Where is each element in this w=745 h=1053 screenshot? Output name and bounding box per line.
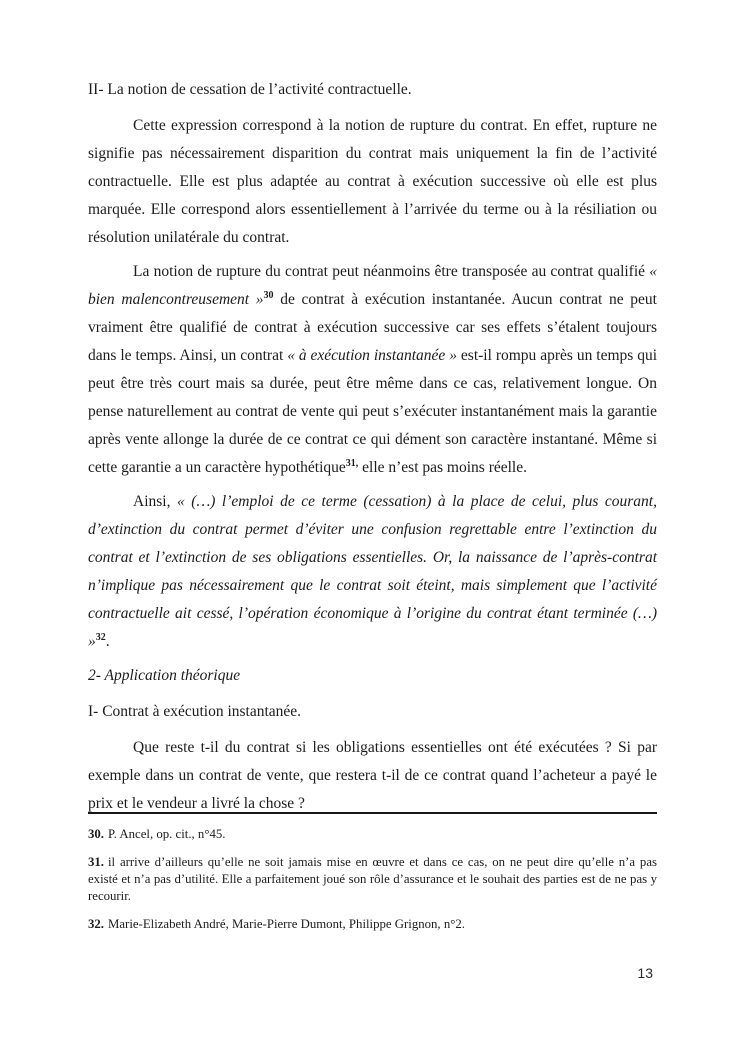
footnote-ref-30: 30 [264, 290, 274, 301]
text-run: Ainsi, [133, 493, 177, 510]
footnote-ref-32: 32 [96, 632, 106, 643]
footnote-30: 30.P. Ancel, op. cit., n°45. [88, 826, 657, 843]
text-run: La notion de rupture du contrat peut néa… [133, 263, 649, 280]
paragraph-3-quote: Ainsi, « (…) l’emploi de ce terme (cessa… [88, 488, 657, 656]
italic-run: « à exécution instantanée » [287, 347, 457, 364]
subsection-heading-2-application-theorique: 2- Application théorique [88, 662, 657, 690]
page-number: 13 [637, 965, 653, 981]
footnote-30-text: P. Ancel, op. cit., n°45. [108, 827, 225, 841]
subsection-heading-i-contrat: I- Contrat à exécution instantanée. [88, 698, 657, 726]
text-run: est-il rompu après un temps qui peut êtr… [88, 347, 657, 476]
quoted-italic-run: « (…) l’emploi de ce terme (cessation) à… [88, 493, 657, 650]
paragraph-1: Cette expression correspond à la notion … [88, 112, 657, 252]
text-run: . [106, 633, 110, 650]
footnote-32-text: Marie-Elizabeth André, Marie-Pierre Dumo… [108, 917, 465, 931]
footnote-30-number: 30. [88, 827, 104, 841]
section-heading-ii: II- La notion de cessation de l’activité… [88, 76, 657, 104]
footnote-section: 30.P. Ancel, op. cit., n°45. 31.il arriv… [88, 812, 657, 944]
footnote-32: 32.Marie-Elizabeth André, Marie-Pierre D… [88, 916, 657, 933]
footnote-31-text: il arrive d’ailleurs qu’elle ne soit jam… [88, 855, 657, 903]
paragraph-4: Que reste t-il du contrat si les obligat… [88, 734, 657, 818]
footnote-31-number: 31. [88, 855, 104, 869]
footnote-ref-31: 31, [346, 458, 359, 469]
text-run: elle n’est pas moins réelle. [358, 459, 527, 476]
document-page: II- La notion de cessation de l’activité… [0, 0, 745, 1053]
footnote-31: 31.il arrive d’ailleurs qu’elle ne soit … [88, 854, 657, 905]
paragraph-2: La notion de rupture du contrat peut néa… [88, 258, 657, 482]
footnote-32-number: 32. [88, 917, 104, 931]
